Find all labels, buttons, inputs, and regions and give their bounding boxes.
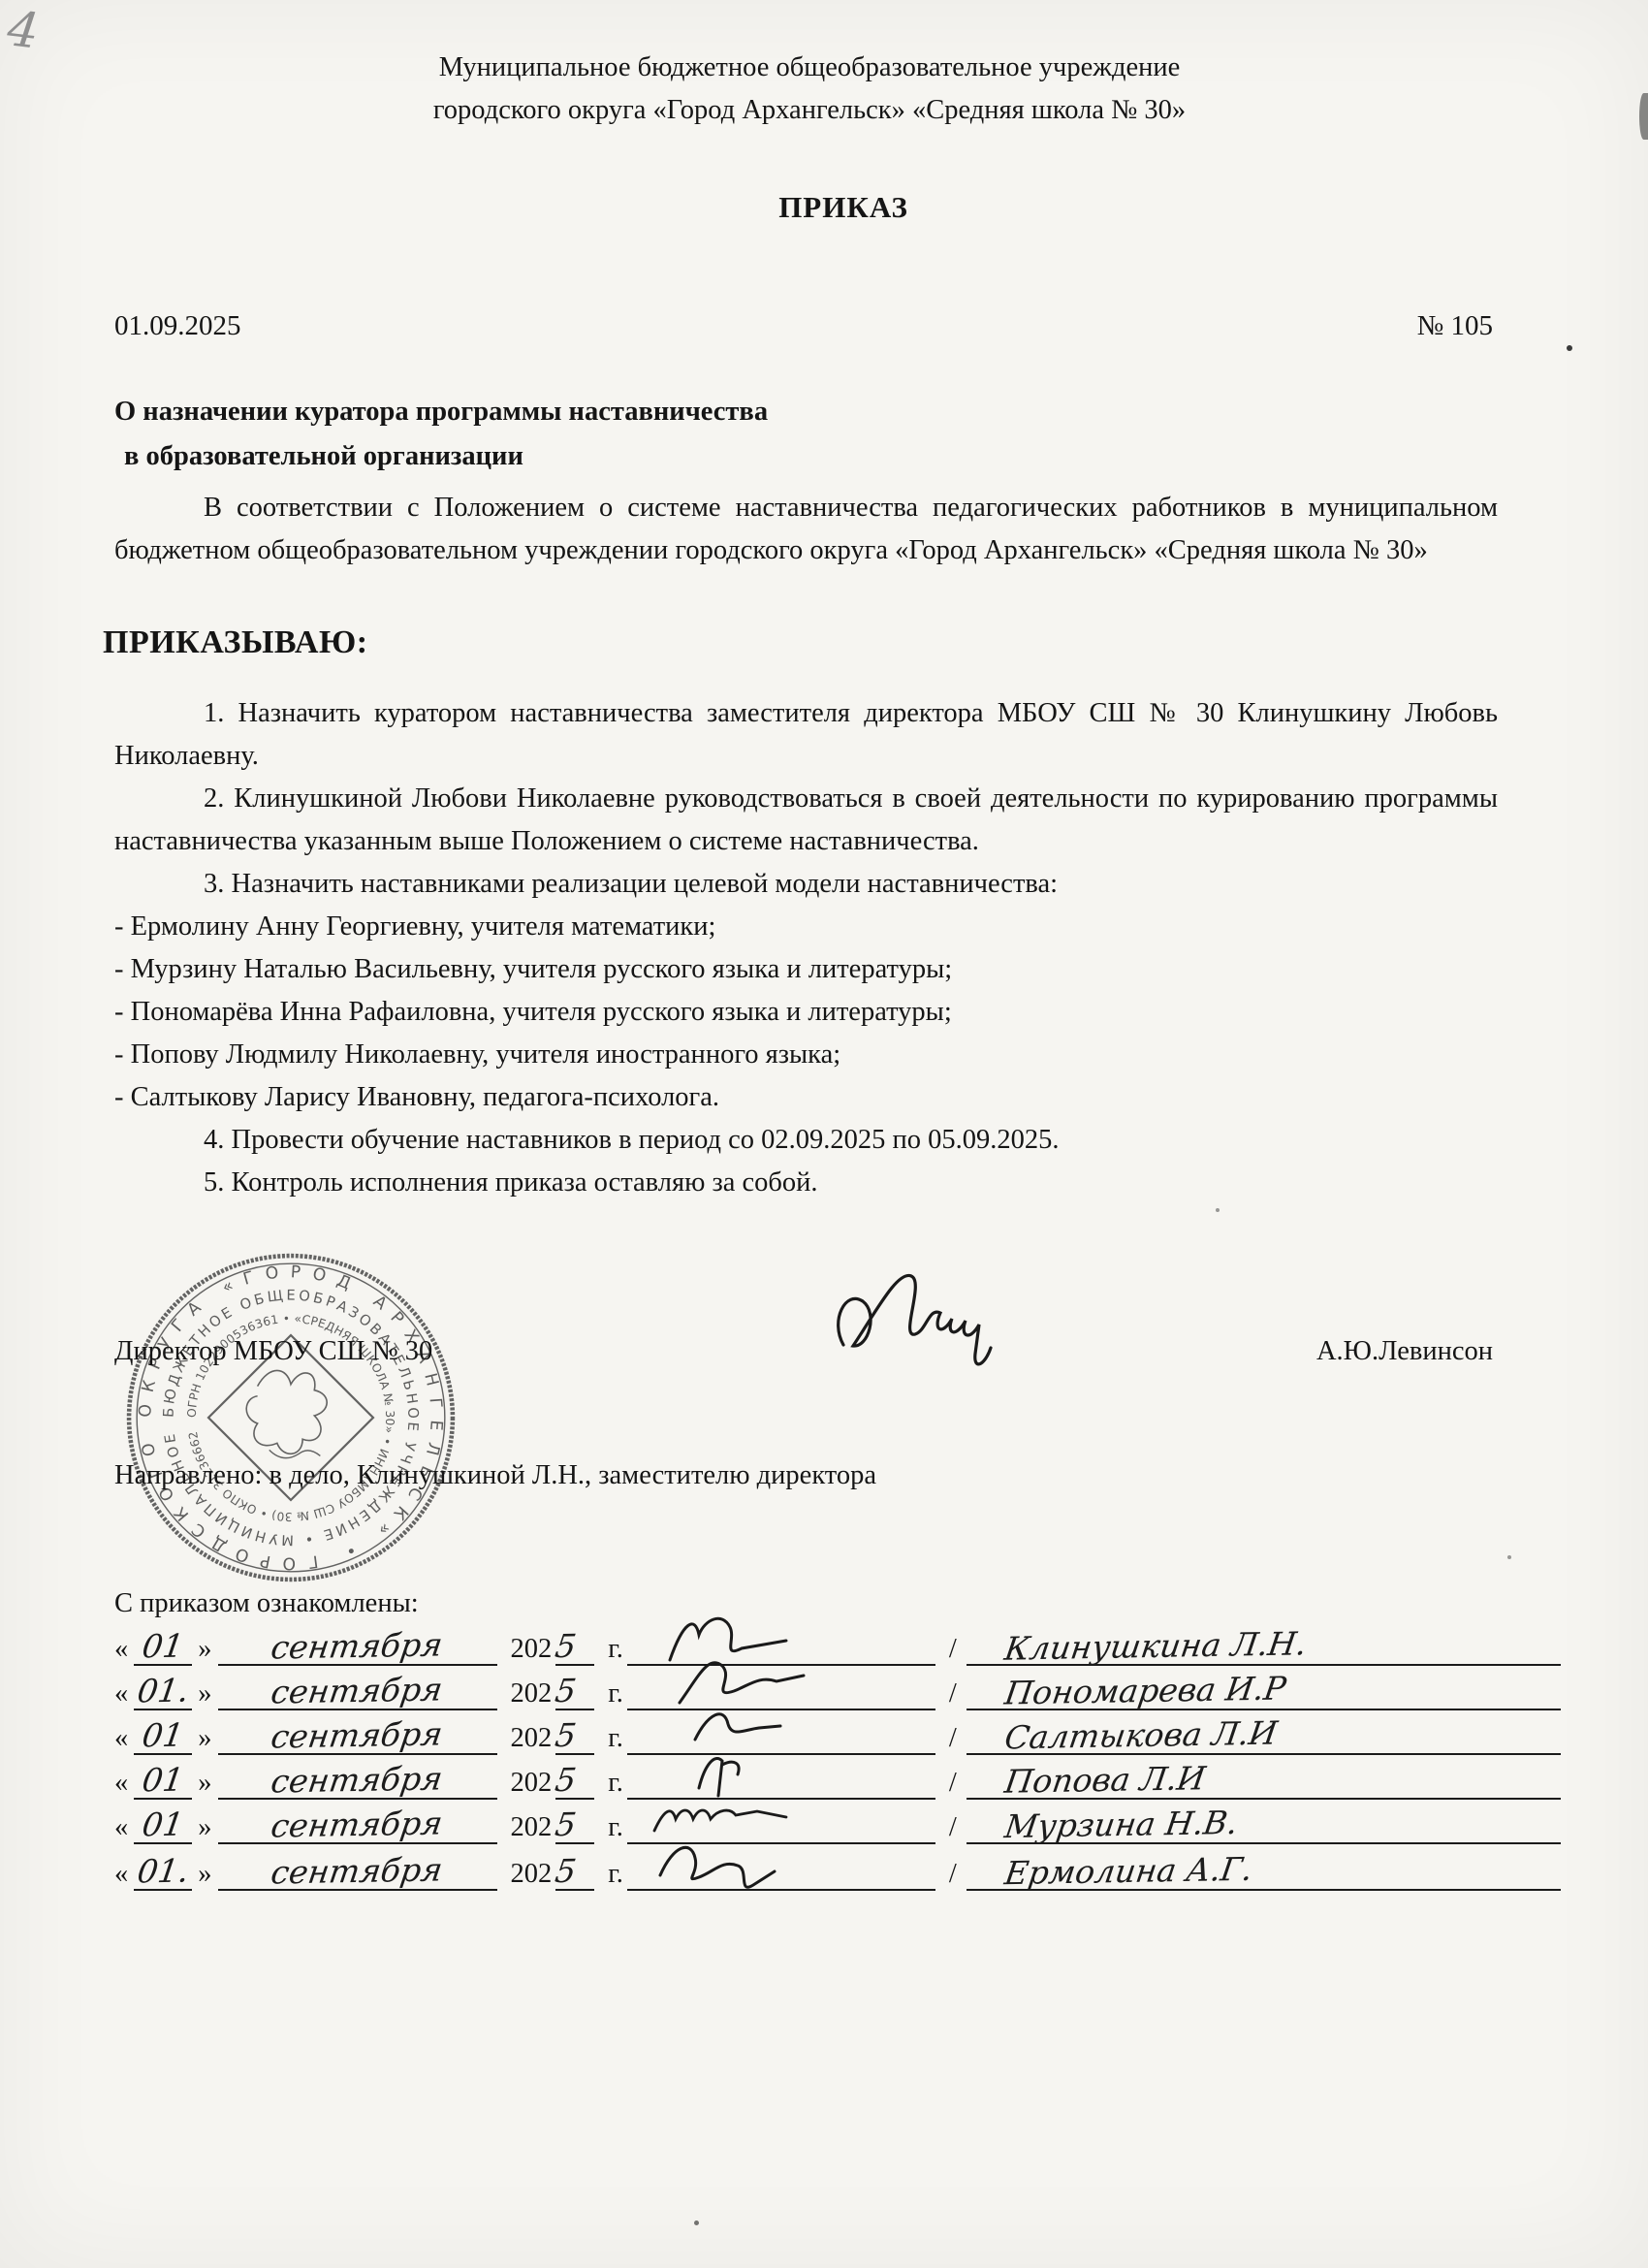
handwritten-day: 01. [136, 1675, 191, 1709]
separator: / [935, 1633, 967, 1666]
handwritten-year-digit: 5 [554, 1630, 579, 1663]
order-date: 01.09.2025 [114, 310, 241, 342]
ack-name-cell: Пономарева И.Р [967, 1673, 1561, 1710]
handwritten-name: Клинушкина Л.Н. [1002, 1627, 1309, 1665]
order-items: 1. Назначить куратором наставничества за… [114, 692, 1498, 1204]
year-prefix: 202 [497, 1767, 556, 1800]
organization-header: Муниципальное бюджетное общеобразователь… [29, 47, 1590, 132]
year-word: г. [594, 1677, 627, 1710]
director-signature [826, 1253, 1068, 1393]
year-word: г. [594, 1722, 627, 1755]
director-line: Директор МБОУ СШ № 30 А.Ю.Левинсон [114, 1336, 1493, 1367]
ack-day-cell: 01 [134, 1806, 192, 1844]
close-quote: » [192, 1722, 217, 1755]
close-quote: » [192, 1811, 217, 1844]
separator: / [935, 1677, 967, 1710]
subject-line1: О назначении куратора программы наставни… [114, 390, 768, 434]
handwritten-month: сентября [269, 1628, 445, 1664]
handwritten-day: 01 [141, 1630, 186, 1664]
close-quote: » [192, 1767, 217, 1800]
handwritten-name: Мурзина Н.В. [1002, 1806, 1240, 1843]
handwritten-name: Салтыкова Л.И [1002, 1717, 1279, 1755]
ack-year-cell: 5 [555, 1806, 594, 1844]
order-item-mentor: - Пономарёва Инна Рафаиловна, учителя ру… [114, 991, 1498, 1034]
official-round-stamp: ОКРУГА «ГОРОД АРХАНГЕЛЬСК» • ГОРОДСКОГО … [122, 1249, 460, 1586]
year-word: г. [594, 1767, 627, 1800]
handwritten-year-digit: 5 [554, 1764, 579, 1797]
ack-year-cell: 5 [555, 1853, 594, 1891]
handwritten-month: сентября [269, 1673, 445, 1709]
director-name: А.Ю.Левинсон [1316, 1336, 1493, 1367]
acknowledgment-title: С приказом ознакомлены: [114, 1588, 419, 1619]
handwritten-year-digit: 5 [554, 1719, 579, 1752]
scan-speck [1567, 345, 1572, 351]
director-title: Директор МБОУ СШ № 30 [114, 1336, 432, 1367]
separator: / [935, 1722, 967, 1755]
ack-month-cell: сентября [218, 1673, 497, 1710]
stamp-emblem-scroll [269, 1450, 321, 1457]
order-keyword: ПРИКАЗЫВАЮ: [103, 624, 368, 661]
ack-name-cell: Мурзина Н.В. [967, 1806, 1561, 1844]
open-quote: « [109, 1633, 134, 1666]
ack-row: « 01. » сентября 202 5 г. / Ермолина А.Г… [109, 1846, 1561, 1891]
ack-name-cell: Ермолина А.Г. [967, 1853, 1561, 1891]
close-quote: » [192, 1633, 217, 1666]
year-word: г. [594, 1858, 627, 1891]
scan-speck [1216, 1208, 1220, 1212]
handwritten-year-digit: 5 [554, 1808, 579, 1841]
scan-speck [694, 2220, 699, 2225]
close-quote: » [192, 1677, 217, 1710]
ack-name-cell: Попова Л.И [967, 1762, 1561, 1800]
handwritten-day: 01 [141, 1764, 186, 1798]
year-prefix: 202 [497, 1858, 556, 1891]
close-quote: » [192, 1858, 217, 1891]
open-quote: « [109, 1811, 134, 1844]
ack-day-cell: 01 [134, 1628, 192, 1666]
ack-name-cell: Салтыкова Л.И [967, 1717, 1561, 1755]
stamp-emblem-figure [246, 1370, 327, 1453]
order-subject: О назначении куратора программы наставни… [114, 390, 768, 479]
handwritten-name: Ермолина А.Г. [1002, 1853, 1254, 1890]
separator: / [935, 1811, 967, 1844]
handwritten-year-digit: 5 [554, 1855, 579, 1888]
order-item-mentor: - Мурзину Наталью Васильевну, учителя ру… [114, 948, 1498, 991]
routing-note: Направлено: в дело, Клинушкиной Л.Н., за… [114, 1460, 876, 1491]
handwritten-month: сентября [269, 1853, 445, 1889]
year-prefix: 202 [497, 1722, 556, 1755]
ack-month-cell: сентября [218, 1628, 497, 1666]
separator: / [935, 1767, 967, 1800]
handwritten-name: Попова Л.И [1002, 1762, 1207, 1799]
ack-year-cell: 5 [555, 1673, 594, 1710]
organization-name-line1: Муниципальное бюджетное общеобразователь… [29, 47, 1590, 89]
handwritten-name: Пономарева И.Р [1002, 1672, 1287, 1709]
ack-month-cell: сентября [218, 1853, 497, 1891]
ack-day-cell: 01 [134, 1717, 192, 1755]
handwritten-day: 01 [141, 1719, 186, 1753]
year-prefix: 202 [497, 1633, 556, 1666]
ack-month-cell: сентября [218, 1717, 497, 1755]
handwritten-month: сентября [269, 1762, 445, 1798]
ack-day-cell: 01 [134, 1762, 192, 1800]
subject-line2: в образовательной организации [114, 434, 523, 479]
handwritten-month: сентября [269, 1806, 445, 1842]
open-quote: « [109, 1767, 134, 1800]
order-item: 5. Контроль исполнения приказа оставляю … [114, 1162, 1498, 1204]
stamp-ring-middle-text: БЮДЖЕТНОЕ ОБЩЕОБРАЗОВАТЕЛЬНОЕ УЧРЕЖДЕНИЕ… [160, 1287, 421, 1548]
ack-signature-cell [627, 1889, 935, 1891]
order-item-mentor: - Ермолину Анну Георгиевну, учителя мате… [114, 906, 1498, 948]
document-type-title: ПРИКАЗ [39, 190, 1648, 225]
handwritten-day: 01 [141, 1808, 186, 1842]
handwritten-month: сентября [269, 1717, 445, 1753]
ack-year-cell: 5 [555, 1717, 594, 1755]
handwritten-year-digit: 5 [554, 1675, 579, 1708]
order-item: 4. Провести обучение наставников в перио… [114, 1119, 1498, 1162]
ack-day-cell: 01. [134, 1673, 192, 1710]
ack-month-cell: сентября [218, 1806, 497, 1844]
open-quote: « [109, 1722, 134, 1755]
ack-name-cell: Клинушкина Л.Н. [967, 1628, 1561, 1666]
ack-year-cell: 5 [555, 1628, 594, 1666]
scan-edge-artifact [1639, 93, 1648, 140]
scan-speck [1507, 1555, 1511, 1559]
order-number: № 105 [1417, 310, 1493, 342]
order-item-mentor: - Салтыкову Ларису Ивановну, педагога-пс… [114, 1076, 1498, 1119]
organization-name-line2: городского округа «Город Архангельск» «С… [29, 89, 1590, 132]
date-number-line: 01.09.2025 № 105 [114, 310, 1493, 342]
year-prefix: 202 [497, 1811, 556, 1844]
ack-day-cell: 01. [134, 1853, 192, 1891]
ack-year-cell: 5 [555, 1762, 594, 1800]
scanned-order-document: 4 Муниципальное бюджетное общеобразовате… [0, 0, 1648, 2268]
stamp-outer-ring [129, 1256, 453, 1580]
open-quote: « [109, 1858, 134, 1891]
separator: / [935, 1858, 967, 1891]
order-item-mentor: - Попову Людмилу Николаевну, учителя ино… [114, 1034, 1498, 1076]
year-word: г. [594, 1633, 627, 1666]
order-item: 3. Назначить наставниками реализации цел… [114, 863, 1498, 906]
ack-month-cell: сентября [218, 1762, 497, 1800]
handwritten-day: 01. [136, 1855, 191, 1889]
year-word: г. [594, 1811, 627, 1844]
order-item: 2. Клинушкиной Любови Николаевне руковод… [114, 778, 1498, 863]
order-item: 1. Назначить куратором наставничества за… [114, 692, 1498, 778]
year-prefix: 202 [497, 1677, 556, 1710]
open-quote: « [109, 1677, 134, 1710]
intro-paragraph: В соответствии с Положением о системе на… [114, 487, 1498, 572]
signature-scribble [641, 1827, 854, 1899]
